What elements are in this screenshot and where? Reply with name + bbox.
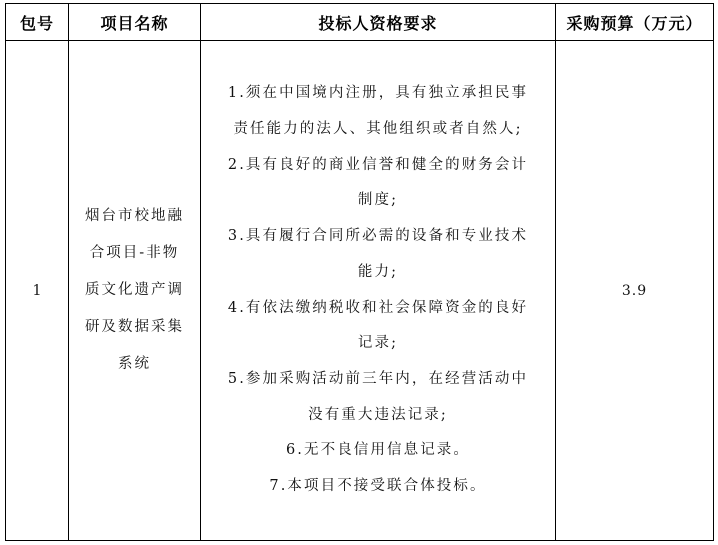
budget-cell: 3.9 — [556, 41, 714, 541]
requirement-line: 6.无不良信用信息记录。 — [201, 433, 555, 469]
project-name-line: 质文化遗产调 — [69, 272, 200, 309]
requirement-line: 1.须在中国境内注册，具有独立承担民事 — [201, 76, 555, 112]
package-no-cell: 1 — [6, 41, 69, 541]
requirements-cell: 1.须在中国境内注册，具有独立承担民事 责任能力的法人、其他组织或者自然人; 2… — [201, 41, 556, 541]
requirement-line: 责任能力的法人、其他组织或者自然人; — [201, 112, 555, 148]
project-name-line: 系统 — [69, 346, 200, 383]
header-bidder-requirements: 投标人资格要求 — [201, 4, 556, 41]
requirement-line: 没有重大违法记录; — [201, 398, 555, 434]
procurement-table: 包号 项目名称 投标人资格要求 采购预算（万元） 1 烟台市校地融 合项目-非物… — [5, 3, 714, 541]
requirement-line: 5.参加采购活动前三年内，在经营活动中 — [201, 362, 555, 398]
project-name-line: 合项目-非物 — [69, 235, 200, 272]
header-project-name: 项目名称 — [69, 4, 201, 41]
requirement-line: 7.本项目不接受联合体投标。 — [201, 469, 555, 505]
project-name-cell: 烟台市校地融 合项目-非物 质文化遗产调 研及数据采集 系统 — [69, 41, 201, 541]
header-budget: 采购预算（万元） — [556, 4, 714, 41]
requirement-line: 制度; — [201, 183, 555, 219]
header-package-no: 包号 — [6, 4, 69, 41]
project-name-line: 烟台市校地融 — [69, 198, 200, 235]
requirement-line: 4.有依法缴纳税收和社会保障资金的良好 — [201, 291, 555, 327]
requirement-line: 2.具有良好的商业信誉和健全的财务会计 — [201, 148, 555, 184]
header-row: 包号 项目名称 投标人资格要求 采购预算（万元） — [6, 4, 714, 41]
requirement-line: 记录; — [201, 326, 555, 362]
requirement-line: 3.具有履行合同所必需的设备和专业技术 — [201, 219, 555, 255]
project-name-line: 研及数据采集 — [69, 309, 200, 346]
requirement-line: 能力; — [201, 255, 555, 291]
table-row: 1 烟台市校地融 合项目-非物 质文化遗产调 研及数据采集 系统 1.须在中国境… — [6, 41, 714, 541]
